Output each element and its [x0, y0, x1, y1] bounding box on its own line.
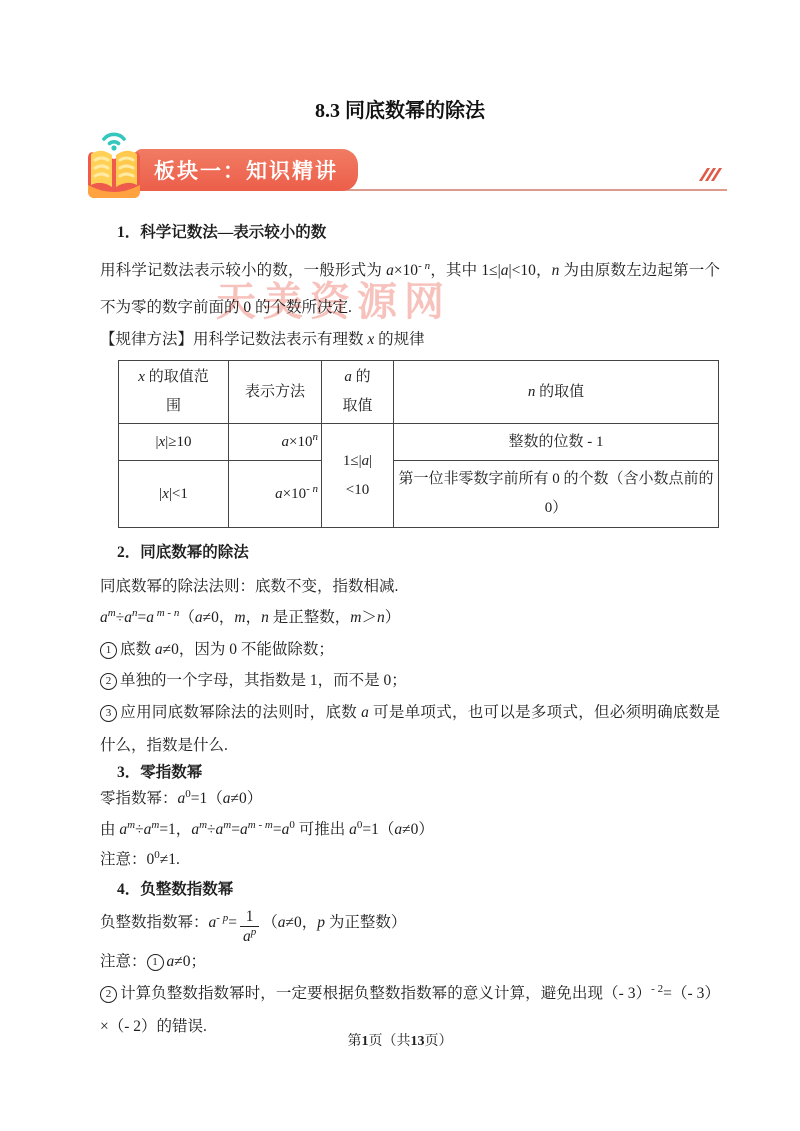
rule-method-note: 【规律方法】用科学记数法表示有理数 x 的规律 [100, 326, 720, 354]
table-row: |x|<1 a×10- n 第一位非零数字前所有 0 的个数（含小数点前的 0） [119, 461, 719, 528]
section-3-derivation: 由 am÷am=1，am÷am=am - m=a0 可推出 a0=1（a≠0） [100, 814, 720, 845]
section-1-heading: 1．科学记数法—表示较小的数 [100, 222, 720, 244]
section-2-rule: 同底数幂的除法法则：底数不变，指数相减. [100, 572, 720, 602]
document-title: 8.3 同底数幂的除法 [0, 94, 800, 123]
open-book-icon [84, 124, 144, 209]
page-footer: 第1页（共13页） [0, 1030, 800, 1050]
document-page: 天美资源网 8.3 同底数幂的除法 板块一：知识精讲 1．科学记数法—表示较小的… [0, 0, 800, 1131]
table-cell-method-1: a×10n [229, 424, 322, 461]
section-banner: 板块一：知识精讲 [134, 149, 358, 191]
table-header-x-range: x 的取值范围 [119, 361, 229, 424]
section-2-formula: am÷an=a m - n（a≠0，m，n 是正整数，m＞n） [100, 602, 720, 634]
table-cell-x-range-2: |x|<1 [119, 461, 229, 528]
table-cell-a-value: 1≤|a|<10 [322, 424, 394, 528]
section-4-definition: 负整数指数幂：a- p=1ap（a≠0，p 为正整数） [100, 901, 720, 946]
table-row: |x|≥10 a×10n 1≤|a|<10 整数的位数 - 1 [119, 424, 719, 461]
section-3-heading: 3．零指数幂 [100, 762, 720, 784]
section-2-heading: 2．同底数幂的除法 [100, 542, 720, 564]
table-cell-method-2: a×10- n [229, 461, 322, 528]
table-header-row: x 的取值范围 表示方法 a 的取值 n 的取值 [119, 361, 719, 424]
table-cell-x-range-1: |x|≥10 [119, 424, 229, 461]
section-2-note-2: 2单独的一个字母，其指数是 1，而不是 0； [100, 665, 720, 696]
table-header-n-value: n 的取值 [394, 361, 719, 424]
table-cell-n-value-2: 第一位非零数字前所有 0 的个数（含小数点前的 0） [394, 461, 719, 528]
section-3-definition: 零指数幂：a0=1（a≠0） [100, 784, 720, 814]
table-header-method: 表示方法 [229, 361, 322, 424]
section-2-note-1: 1底数 a≠0，因为 0 不能做除数； [100, 634, 720, 665]
table-cell-n-value-1: 整数的位数 - 1 [394, 424, 719, 461]
table-header-a-value: a 的取值 [322, 361, 394, 424]
section-1-paragraph: 用科学记数法表示较小的数，一般形式为 a×10- n，其中 1≤|a|<10，n… [100, 252, 720, 326]
section-2-note-3: 3应用同底数幂除法的法则时，底数 a 可是单项式，也可以是多项式，但必须明确底数… [100, 696, 720, 762]
section-4-heading: 4．负整数指数幂 [100, 879, 720, 901]
section-3-note: 注意：00≠1. [100, 845, 720, 875]
scientific-notation-table: x 的取值范围 表示方法 a 的取值 n 的取值 |x|≥10 a×10n 1≤… [118, 360, 719, 528]
banner-label: 板块一：知识精讲 [154, 155, 338, 185]
section-4-note-1: 注意：1a≠0； [100, 946, 720, 977]
triple-slash-icon [700, 168, 718, 186]
content-area: 1．科学记数法—表示较小的数 用科学记数法表示较小的数，一般形式为 a×10- … [100, 222, 720, 1043]
